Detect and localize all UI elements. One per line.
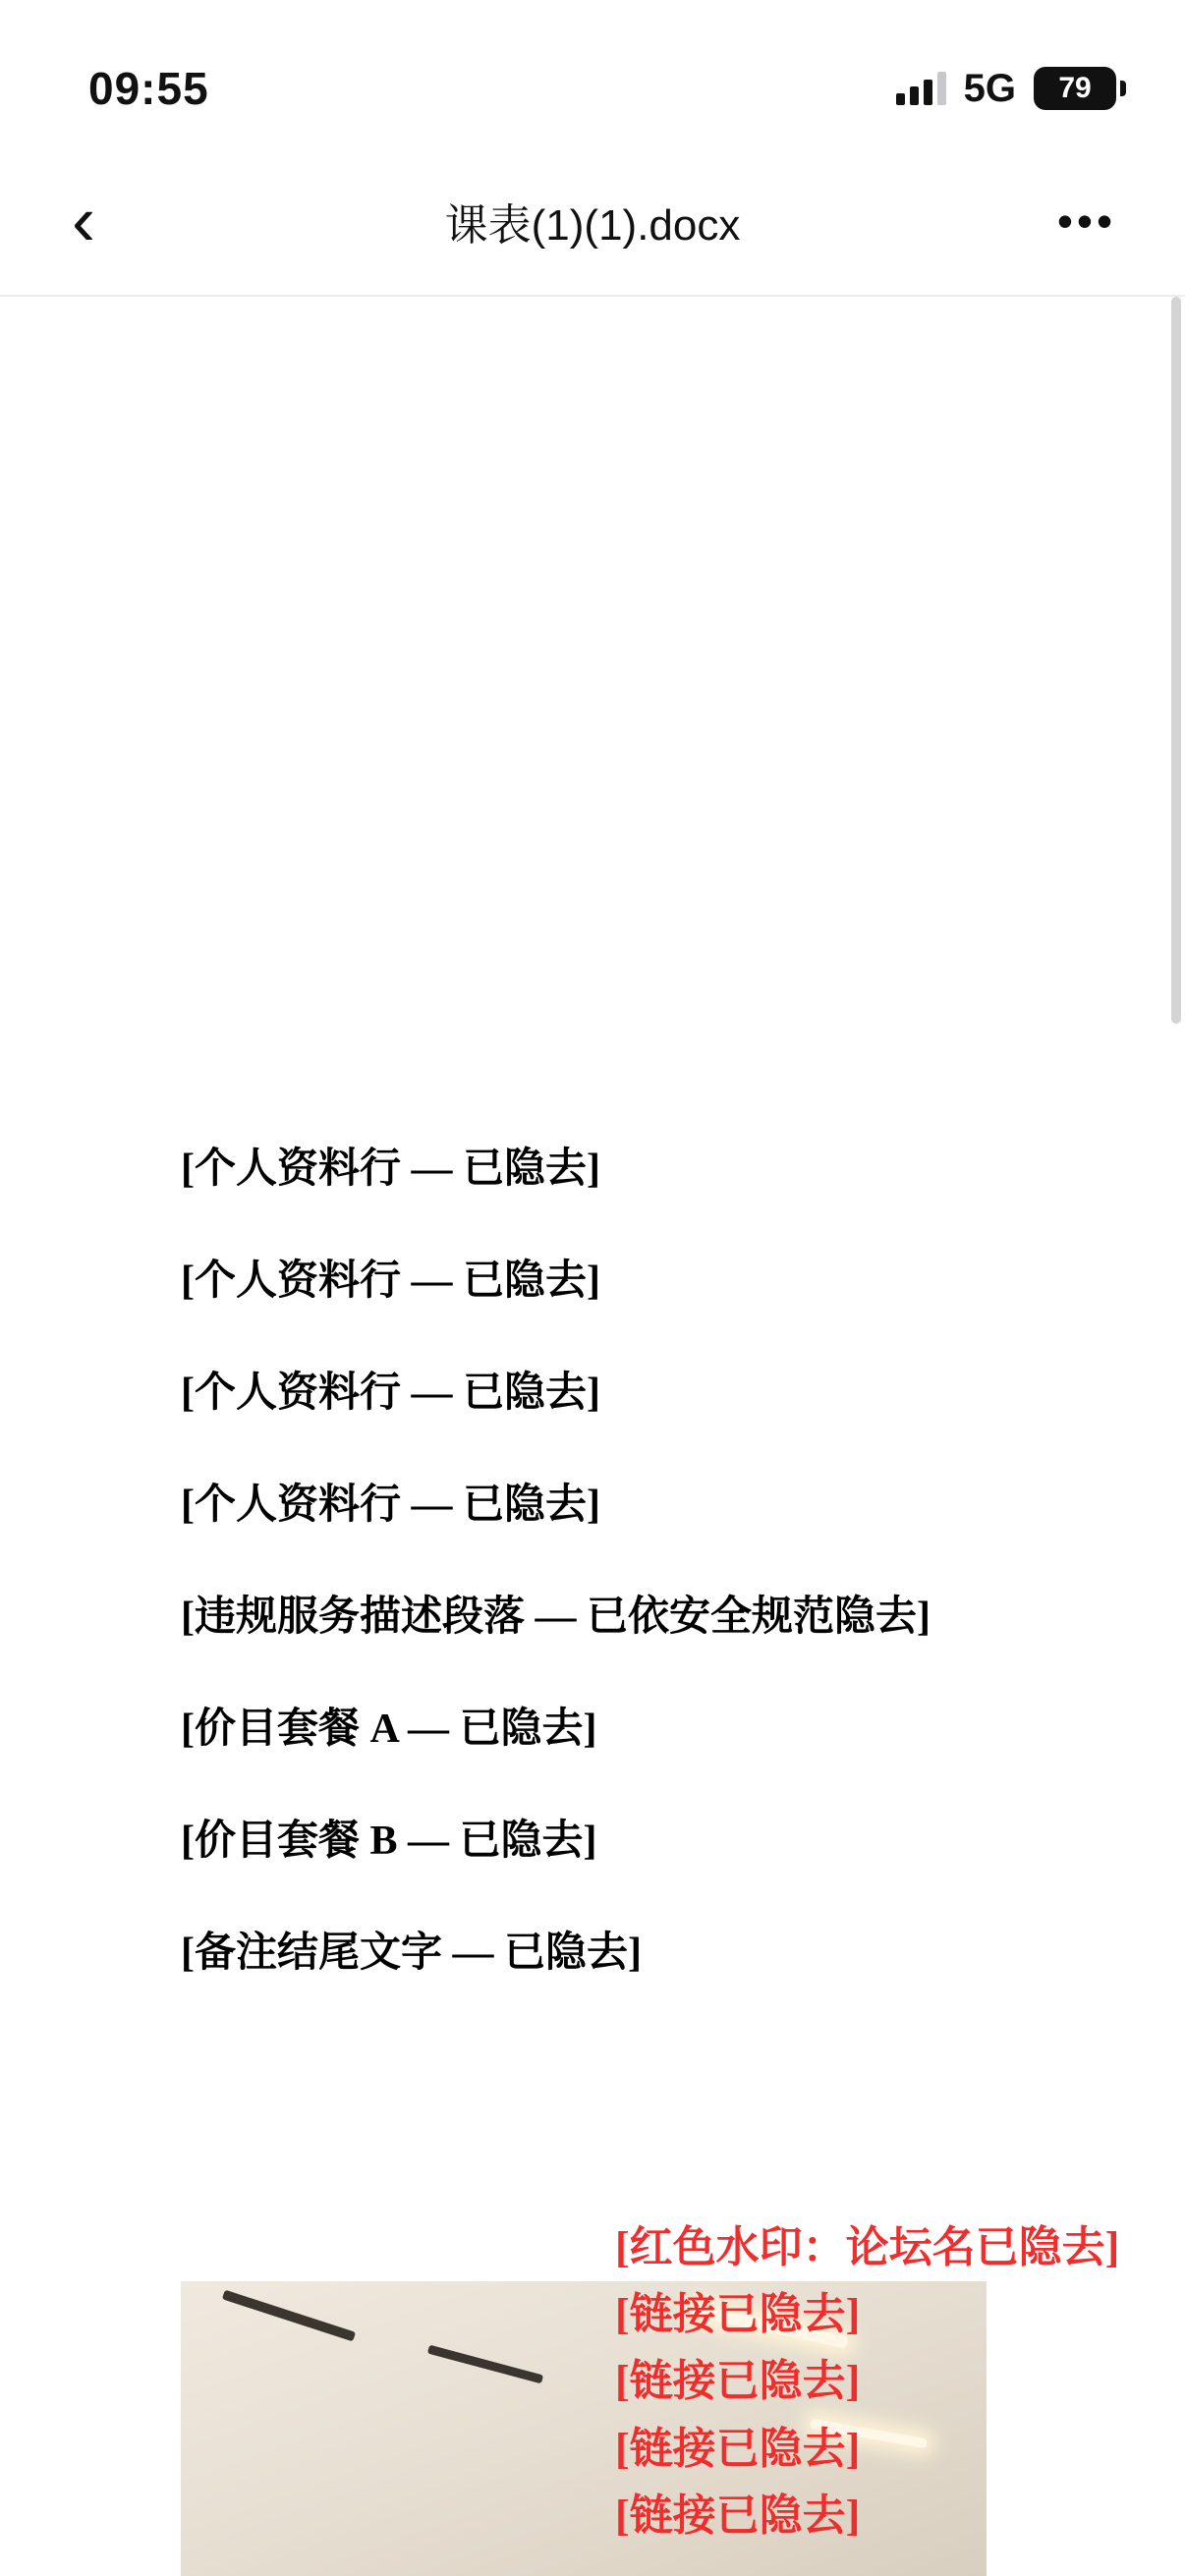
document-viewer[interactable]: [个人资料行 — 已隐去] [个人资料行 — 已隐去] [个人资料行 — 已隐去… xyxy=(0,297,1185,2576)
battery-icon: 79 xyxy=(1034,67,1116,110)
doc-paragraph: [个人资料行 — 已隐去] xyxy=(181,1366,996,1423)
doc-paragraph: [价目套餐 B — 已隐去] xyxy=(181,1814,996,1871)
more-menu-button[interactable]: ••• xyxy=(1038,177,1136,265)
doc-paragraph: [个人资料行 — 已隐去] xyxy=(181,1478,996,1535)
scrollbar[interactable] xyxy=(1171,297,1181,1024)
document-content: [个人资料行 — 已隐去] [个人资料行 — 已隐去] [个人资料行 — 已隐去… xyxy=(181,1142,996,2038)
doc-paragraph: [违规服务描述段落 — 已依安全规范隐去] xyxy=(181,1590,996,1647)
network-type-label: 5G xyxy=(964,67,1016,111)
doc-paragraph: [备注结尾文字 — 已隐去] xyxy=(181,1926,996,1983)
doc-paragraph: [个人资料行 — 已隐去] xyxy=(181,1142,996,1199)
watermark-line: [链接已隐去] xyxy=(615,2416,1126,2483)
status-bar: 09:55 5G 79 xyxy=(0,0,1185,147)
cellular-signal-icon xyxy=(896,72,946,105)
watermark-line: [链接已隐去] xyxy=(615,2281,1126,2348)
status-indicators: 5G 79 xyxy=(896,67,1116,111)
watermark-line: [链接已隐去] xyxy=(615,2483,1126,2549)
nav-bar: ‹ 课表(1)(1).docx ••• xyxy=(0,147,1185,297)
document-title: 课表(1)(1).docx xyxy=(0,190,1185,252)
watermark-line: [链接已隐去] xyxy=(615,2348,1126,2415)
back-button[interactable]: ‹ xyxy=(39,177,128,265)
watermark-overlay: [红色水印：论坛名已隐去] [链接已隐去] [链接已隐去] [链接已隐去] [链… xyxy=(615,2214,1126,2549)
doc-paragraph: [个人资料行 — 已隐去] xyxy=(181,1254,996,1311)
watermark-line: [红色水印：论坛名已隐去] xyxy=(615,2214,1126,2281)
clock: 09:55 xyxy=(88,62,209,115)
doc-paragraph: [价目套餐 A — 已隐去] xyxy=(181,1702,996,1759)
